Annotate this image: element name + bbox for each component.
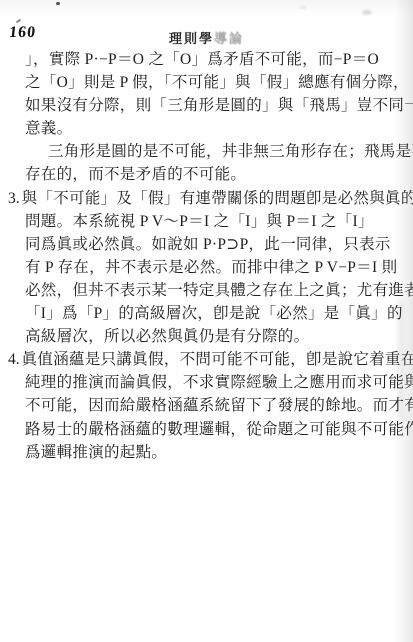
text-line: 4.眞值涵蘊是只講眞假，不問可能不可能，卽是說它着重在 (8, 348, 400, 371)
text-line: 意義。 (25, 117, 400, 140)
body-text: 」，實際 P·−P＝O 之「O」爲矛盾不可能，而−P＝O之「O」則是 P 假，「… (25, 48, 400, 464)
text-line: 」，實際 P·−P＝O 之「O」爲矛盾不可能，而−P＝O (25, 48, 400, 71)
text-line: 三角形是圓的是不可能，丼非無三角形存在；飛馬是不 (25, 140, 400, 163)
list-item-number: 4. (8, 351, 20, 368)
paper-speck (56, 2, 60, 5)
paper-speck (362, 10, 372, 15)
ink-mark (16, 19, 21, 24)
text-line: 路易士的嚴格涵蘊的數理邏輯，從命題之可能與不可能作 (25, 418, 400, 441)
text-line: 爲邏輯推演的起點。 (25, 441, 400, 464)
book-page: 160 理則學導論 」，實際 P·−P＝O 之「O」爲矛盾不可能，而−P＝O之「… (0, 0, 413, 642)
text-line: 必然，但丼不表示某一特定具體之存在上之眞；尤有進者「 (25, 279, 400, 302)
text-line: 3.與「不可能」及「假」有連帶關係的問題卽是必然與眞的 (8, 187, 400, 210)
text-line: 之「O」則是 P 假，「不可能」與「假」總應有個分際， (25, 71, 400, 94)
paper-speck (300, 6, 306, 9)
text-line: 不可能，因而給嚴格涵蘊系統留下了發展的餘地。而才有 (25, 394, 400, 417)
text-line: 有 P 存在，丼不表示是必然。而排中律之 P V−P＝I 則 (25, 256, 400, 279)
running-head-main: 理則學 (169, 31, 214, 46)
text-line: 「I」爲「P」的高級層次，卽是說「必然」是「眞」的 (25, 302, 400, 325)
running-head-title: 理則學導論 (0, 28, 413, 47)
page-header: 160 理則學導論 (0, 24, 413, 46)
text-line: 如果沒有分際，則「三角形是圓的」與「飛馬」豈不同一 (25, 94, 400, 117)
list-item-number: 3. (8, 190, 20, 207)
text-line: 同爲眞或必然眞。如說如 P·P⊃P，此一同律，只表示 (25, 233, 400, 256)
running-head-faded: 導論 (214, 31, 244, 46)
text-line: 純理的推演而論眞假，不求實際經驗上之應用而求可能與 (25, 371, 400, 394)
text-line: 問題。本系統視 P V～P＝I 之「I」與 P＝I 之「I」 (25, 210, 400, 233)
text-line: 高級層次，所以必然與眞仍是有分際的。 (25, 325, 400, 348)
text-line: 存在的，而不是矛盾的不可能。 (25, 163, 400, 186)
